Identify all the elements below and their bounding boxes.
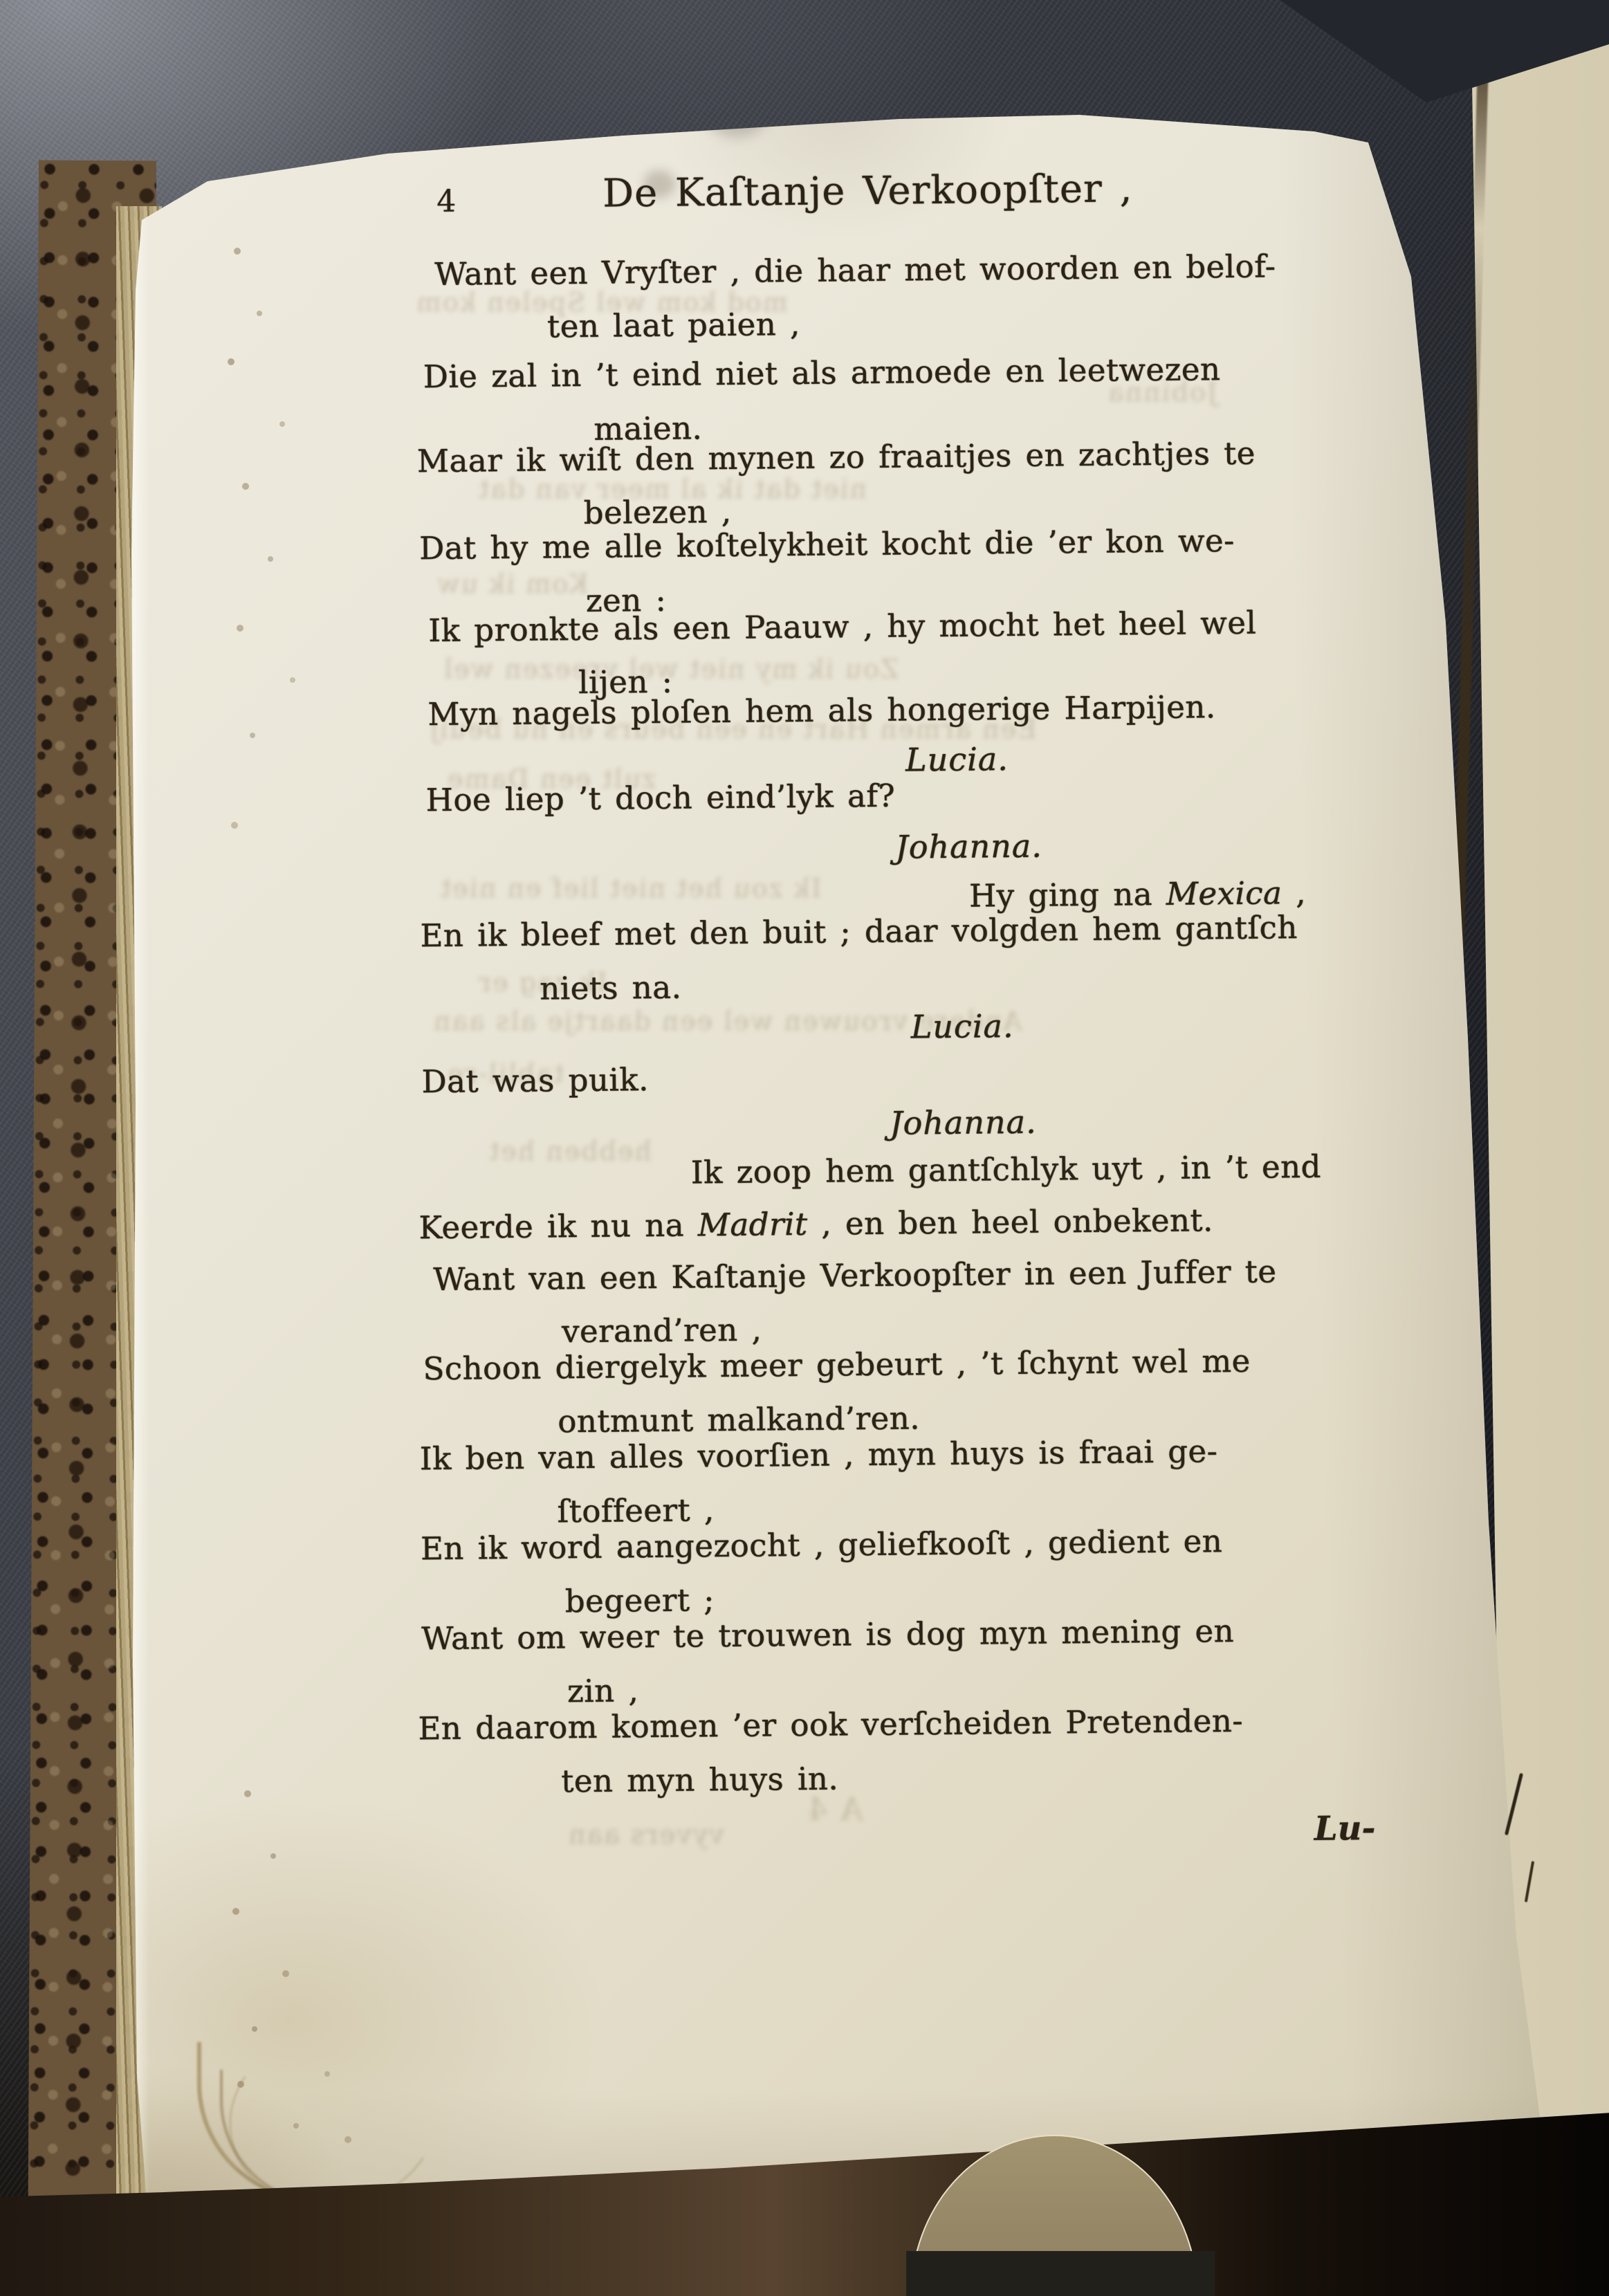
text-line: begeert ; [564, 1581, 715, 1619]
text-line: Hoe liep ’t doch eind’lyk af? [425, 778, 895, 819]
text-line: verand’ren , [562, 1311, 762, 1350]
text-line: En ik bleef met den buit ; daar volgden … [420, 909, 1298, 954]
speaker-name: Johanna. [890, 1103, 1037, 1142]
text-line: Want van een Kaſtanje Verkoopſter in een… [433, 1253, 1277, 1298]
text-line: ten myn huys in. [561, 1760, 838, 1799]
speaker-name: Johanna. [895, 827, 1042, 866]
text-line: Keerde ik nu na Madrit , en ben heel onb… [419, 1202, 1213, 1246]
text-line: En ik word aangezocht , geliefkooſt , ge… [421, 1523, 1223, 1567]
catchword: Lu- [1314, 1809, 1376, 1848]
book-photo-canvas: mod kom wel Spelen kom Jobinna niet dat … [0, 0, 1609, 2296]
text-line: Schoon diergelyk meer gebeurt , ’t ſchyn… [423, 1343, 1251, 1387]
speaker-name: Lucia. [905, 740, 1009, 778]
text-line: En daarom komen ’er ook verſcheiden Pret… [418, 1702, 1243, 1747]
text-line: Maar ik wiſt den mynen zo fraaitjes en z… [417, 435, 1256, 480]
text-line: Dat hy me alle koſtelykheit kocht die ’e… [419, 522, 1235, 567]
text-line: Want een Vryſter , die haar met woorden … [434, 248, 1276, 293]
text-line: Dat was puik. [421, 1061, 649, 1100]
text-line: Ik pronkte als een Paauw , hy mocht het … [428, 605, 1257, 649]
text-line: ontmunt malkand’ren. [558, 1399, 920, 1440]
text-line: zin , [567, 1672, 639, 1709]
speaker-name: Lucia. [910, 1007, 1013, 1045]
dark-overlay-box [906, 2251, 1215, 2296]
text-line: niets na. [540, 969, 682, 1007]
text-line: ten laat paien , [547, 306, 800, 345]
book-page: mod kom wel Spelen kom Jobinna niet dat … [0, 0, 1609, 2296]
text-line: Hy ging na Mexica , [969, 874, 1306, 915]
text-line: Myn nagels ploſen hem als hongerige Harp… [427, 688, 1216, 733]
text-line: belezen , [583, 493, 731, 531]
text-line: ſtoffeert , [557, 1491, 715, 1530]
running-header: De Kaſtanje Verkoopſter , [603, 166, 1133, 216]
text-line: Ik zoop hem gantſchlyk uyt , in ’t end [690, 1148, 1321, 1191]
text-line: Ik ben van alles voorſien , myn huys is … [419, 1433, 1217, 1477]
text-line: Want om weer te trouwen is dog myn menin… [421, 1613, 1234, 1657]
text-line: Die zal in ’t eind niet als armoede en l… [423, 351, 1220, 395]
page-number: 4 [436, 184, 456, 219]
printed-text-block: 4 De Kaſtanje Verkoopſter , Want een Vry… [0, 0, 1609, 2296]
